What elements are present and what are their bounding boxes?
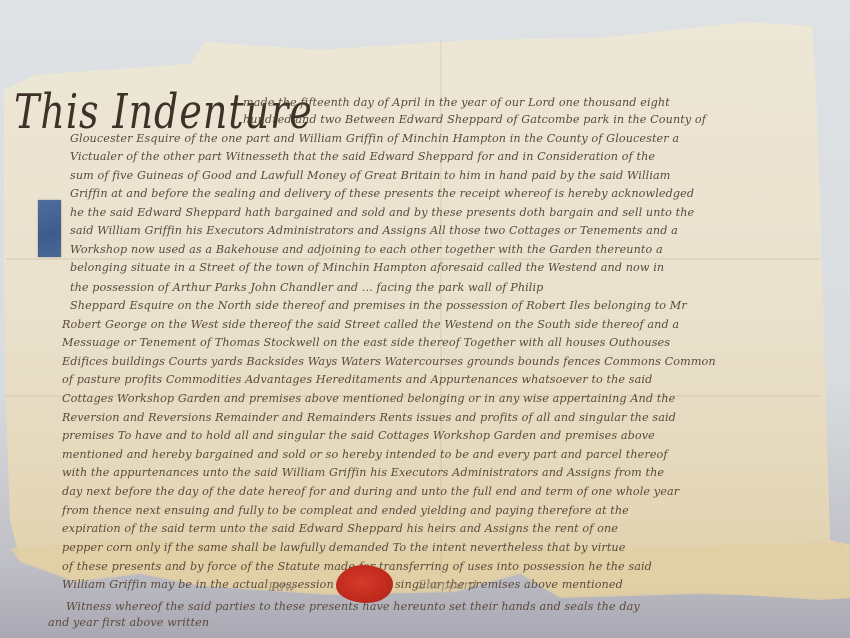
document-line: expiration of the said term unto the sai… <box>62 522 618 535</box>
document-line: mentioned and hereby bargained and sold … <box>62 448 668 461</box>
document-line: the possession of Arthur Parks John Chan… <box>70 281 543 294</box>
document-line: premises To have and to hold all and sin… <box>62 429 655 442</box>
document-line: Edifices buildings Courts yards Backside… <box>62 355 716 368</box>
signature: Sheppard <box>418 578 477 592</box>
witness-line: Witness whereof the said parties to thes… <box>66 600 640 613</box>
document-title: This Indenture <box>14 84 313 139</box>
document-line: he the said Edward Sheppard hath bargain… <box>70 206 694 219</box>
revenue-stamp-icon <box>38 200 61 257</box>
document-line: Sheppard Esquire on the North side there… <box>70 299 687 312</box>
document-line: of pasture profits Commodities Advantage… <box>62 373 652 386</box>
document-line: day next before the day of the date here… <box>62 485 679 498</box>
document-line: Reversion and Reversions Remainder and R… <box>62 411 676 424</box>
document-line: belonging situate in a Street of the tow… <box>70 261 664 274</box>
closing-line: and year first above written <box>48 616 209 629</box>
document-line: hundred and two Between Edward Sheppard … <box>243 113 706 126</box>
document-line: Robert George on the West side thereof t… <box>62 318 679 331</box>
fold-line <box>6 258 820 260</box>
signature: Edw <box>268 580 295 594</box>
document-line: Victualer of the other part Witnesseth t… <box>70 150 655 163</box>
document-line: Workshop now used as a Bakehouse and adj… <box>70 243 663 256</box>
document-line: Cottages Workshop Garden and premises ab… <box>62 392 675 405</box>
document-line: pepper corn only if the same shall be la… <box>62 541 625 554</box>
document-line: Griffin at and before the sealing and de… <box>70 187 694 200</box>
document-line: Messuage or Tenement of Thomas Stockwell… <box>62 336 670 349</box>
document-line: sum of five Guineas of Good and Lawfull … <box>70 169 670 182</box>
document-line: said William Griffin his Executors Admin… <box>70 224 678 237</box>
document-line: with the appurtenances unto the said Wil… <box>62 466 664 479</box>
document-line: Gloucester Esquire of the one part and W… <box>70 132 679 145</box>
document-line: made the fifteenth day of April in the y… <box>243 96 670 109</box>
wax-seal-icon <box>336 565 393 603</box>
document-line: from thence next ensuing and fully to be… <box>62 504 629 517</box>
